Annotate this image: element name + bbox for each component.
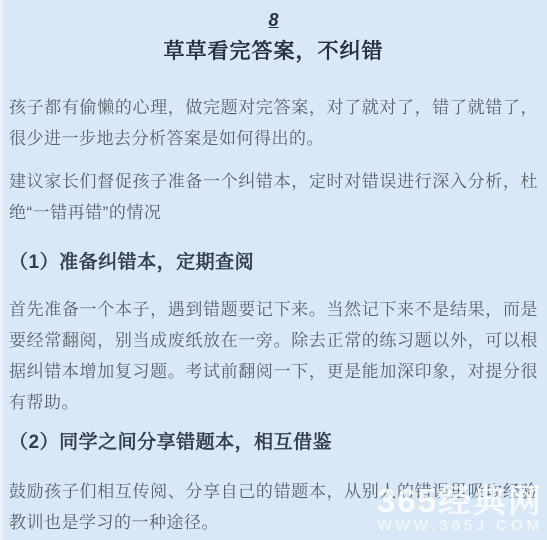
sub-heading-1: （1）准备纠错本，定期查阅 — [9, 250, 538, 276]
left-edge-highlight — [0, 0, 3, 540]
paragraph-4: 鼓励孩子们相互传阅、分享自己的错题本，从别人的错误里吸取经验教训也是学习的一种途… — [9, 476, 538, 538]
sub-heading-2: （2）同学之间分享错题本，相互借鉴 — [9, 430, 538, 456]
section-number: 8 — [9, 8, 538, 32]
paragraph-3: 首先准备一个本子，遇到错题要记下来。当然记下来不是结果，而是要经常翻阅，别当成废… — [9, 294, 538, 418]
paragraph-2: 建议家长们督促孩子准备一个纠错本，定时对错误进行深入分析，杜绝“一错再错”的情况 — [9, 166, 538, 228]
article-title: 草草看完答案，不纠错 — [9, 38, 538, 66]
paragraph-1: 孩子都有偷懒的心理，做完题对完答案，对了就对了，错了就错了，很少进一步地去分析答… — [9, 92, 538, 154]
article-page: 8 草草看完答案，不纠错 孩子都有偷懒的心理，做完题对完答案，对了就对了，错了就… — [0, 0, 547, 540]
